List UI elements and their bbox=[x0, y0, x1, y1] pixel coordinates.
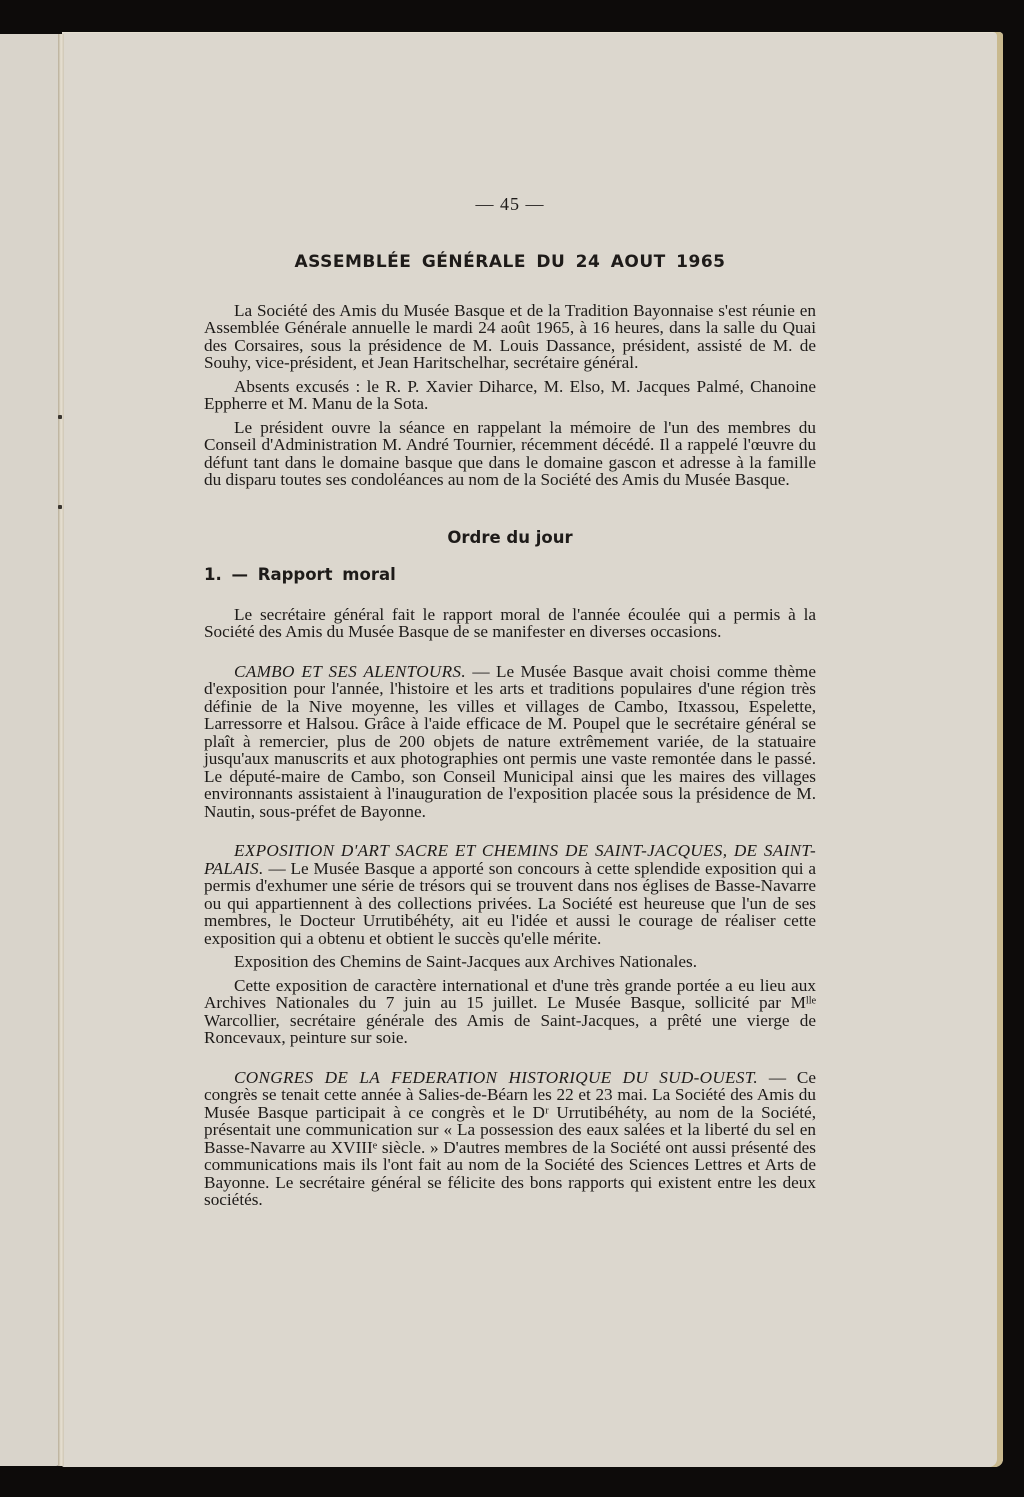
item-text: — Ce congrès se tenait cette année à Sal… bbox=[204, 1068, 816, 1210]
item-exposition-art-sacre: EXPOSITION D'ART SACRE ET CHEMINS DE SAI… bbox=[204, 842, 816, 947]
intro-paragraph: La Société des Amis du Musée Basque et d… bbox=[204, 302, 816, 372]
section-intro: Le secrétaire général fait le rapport mo… bbox=[204, 606, 816, 641]
absents-paragraph: Absents excusés : le R. P. Xavier Diharc… bbox=[204, 378, 816, 413]
left-facing-page bbox=[0, 34, 62, 1466]
item-text: — Le Musée Basque avait choisi comme thè… bbox=[204, 662, 816, 821]
agenda-heading: Ordre du jour bbox=[204, 529, 816, 547]
book-gutter bbox=[58, 34, 64, 1466]
item-label: CONGRES DE LA FEDERATION HISTORIQUE DU S… bbox=[234, 1068, 758, 1087]
binding-staple bbox=[58, 505, 62, 509]
item-congres: CONGRES DE LA FEDERATION HISTORIQUE DU S… bbox=[204, 1069, 816, 1209]
item-archives-heading: Exposition des Chemins de Saint-Jacques … bbox=[204, 953, 816, 971]
item-text: — Le Musée Basque a apporté son concours… bbox=[204, 859, 816, 948]
item-cambo: CAMBO ET SES ALENTOURS. — Le Musée Basqu… bbox=[204, 663, 816, 821]
section-heading: 1. — Rapport moral bbox=[204, 566, 816, 584]
page-title: ASSEMBLÉE GÉNÉRALE DU 24 AOUT 1965 bbox=[204, 254, 816, 272]
memorial-paragraph: Le président ouvre la séance en rappelan… bbox=[204, 419, 816, 489]
page-number: — 45 — bbox=[204, 196, 816, 220]
item-archives-text: Cette exposition de caractère internatio… bbox=[204, 977, 816, 1047]
page-content: — 45 — ASSEMBLÉE GÉNÉRALE DU 24 AOUT 196… bbox=[204, 190, 816, 1209]
binding-staple bbox=[58, 415, 62, 419]
item-label: CAMBO ET SES ALENTOURS. bbox=[234, 662, 466, 681]
